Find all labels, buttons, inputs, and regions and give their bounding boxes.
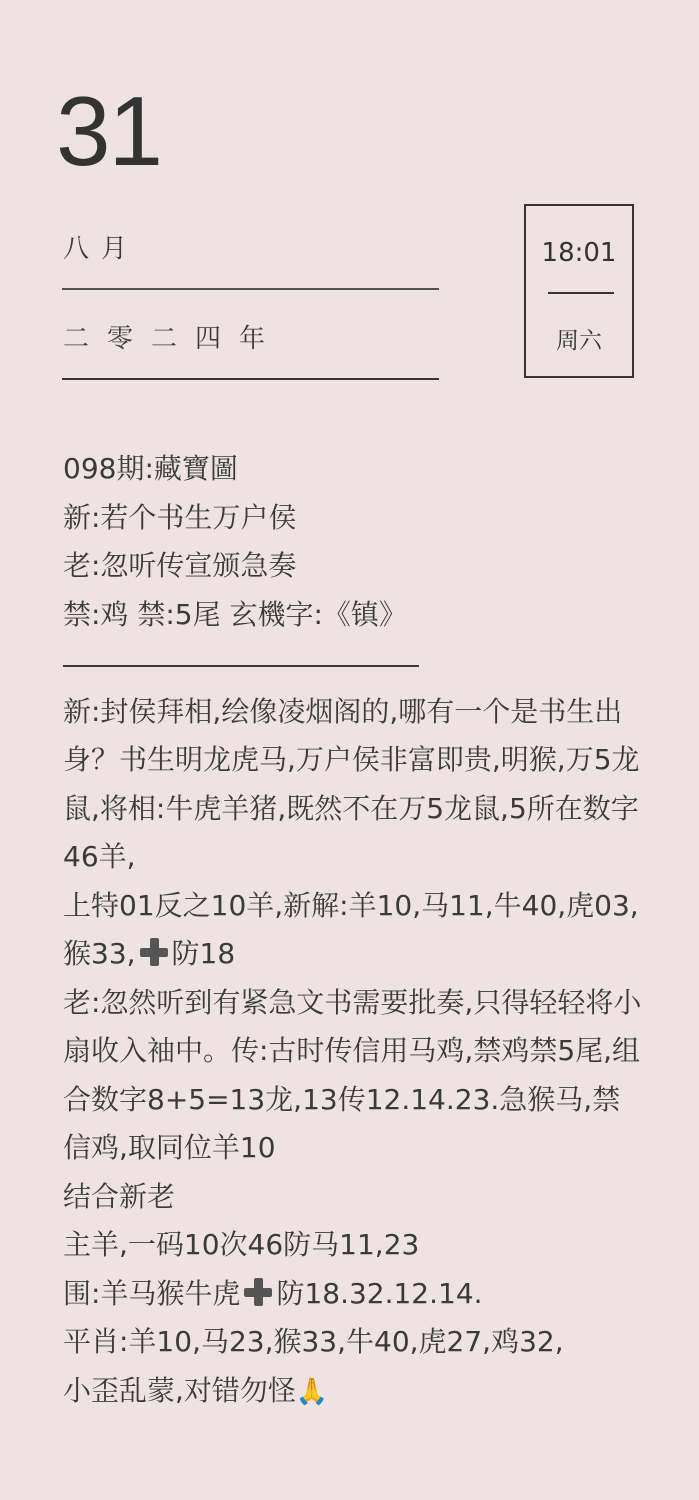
day-number: 31 — [56, 82, 161, 180]
wei-line-text: 围:羊马猴牛虎 — [63, 1277, 240, 1310]
closing-line: 小歪乱蒙,对错勿怪🙏 — [63, 1367, 643, 1417]
post-content: 098期:藏寶圖 新:若个书生万户侯 老:忽听传宣颁急奏 禁:鸡 禁:5尾 玄機… — [63, 445, 643, 1416]
time-label: 18:01 — [526, 238, 632, 268]
time-divider — [548, 292, 614, 294]
year-label: 二零二四年 — [63, 318, 283, 355]
time-box: 18:01 周六 — [524, 204, 634, 378]
paragraph-new: 新:封侯拜相,绘像凌烟阁的,哪有一个是书生出身？书生明龙虎马,万户侯非富即贵,明… — [63, 688, 643, 882]
issue-title: 098期:藏寶圖 — [63, 445, 643, 494]
dash-divider — [63, 639, 419, 688]
heavy-plus-icon — [138, 936, 170, 968]
paragraph-old: 老:忽然听到有紧急文书需要批奏,只得轻轻将小扇收入袖中。传:古时传信用马鸡,禁鸡… — [63, 979, 643, 1173]
wei-line-guard: 防18.32.12.14. — [276, 1277, 482, 1310]
divider-month — [62, 288, 439, 290]
wei-line: 围:羊马猴牛虎防18.32.12.14. — [63, 1270, 643, 1319]
folded-hands-icon: 🙏 — [296, 1368, 328, 1417]
paragraph-new-solution: 上特01反之10羊,新解:羊10,马11,牛40,虎03,猴33,防18 — [63, 882, 643, 979]
heavy-plus-icon — [242, 1276, 274, 1308]
combine-line: 结合新老 — [63, 1173, 643, 1222]
main-pick-line: 主羊,一码10次46防马11,23 — [63, 1221, 643, 1270]
forbid-line: 禁:鸡 禁:5尾 玄機字:《镇》 — [63, 591, 643, 640]
weekday-label: 周六 — [526, 322, 632, 355]
divider-year — [62, 378, 439, 380]
paragraph-new-solution-guard: 防18 — [172, 937, 236, 970]
new-line: 新:若个书生万户侯 — [63, 494, 643, 543]
month-label: 八月 — [63, 228, 139, 265]
old-line: 老:忽听传宣颁急奏 — [63, 542, 643, 591]
pingxiao-line: 平肖:羊10,马23,猴33,牛40,虎27,鸡32, — [63, 1318, 643, 1367]
closing-text: 小歪乱蒙,对错勿怪 — [63, 1374, 296, 1407]
